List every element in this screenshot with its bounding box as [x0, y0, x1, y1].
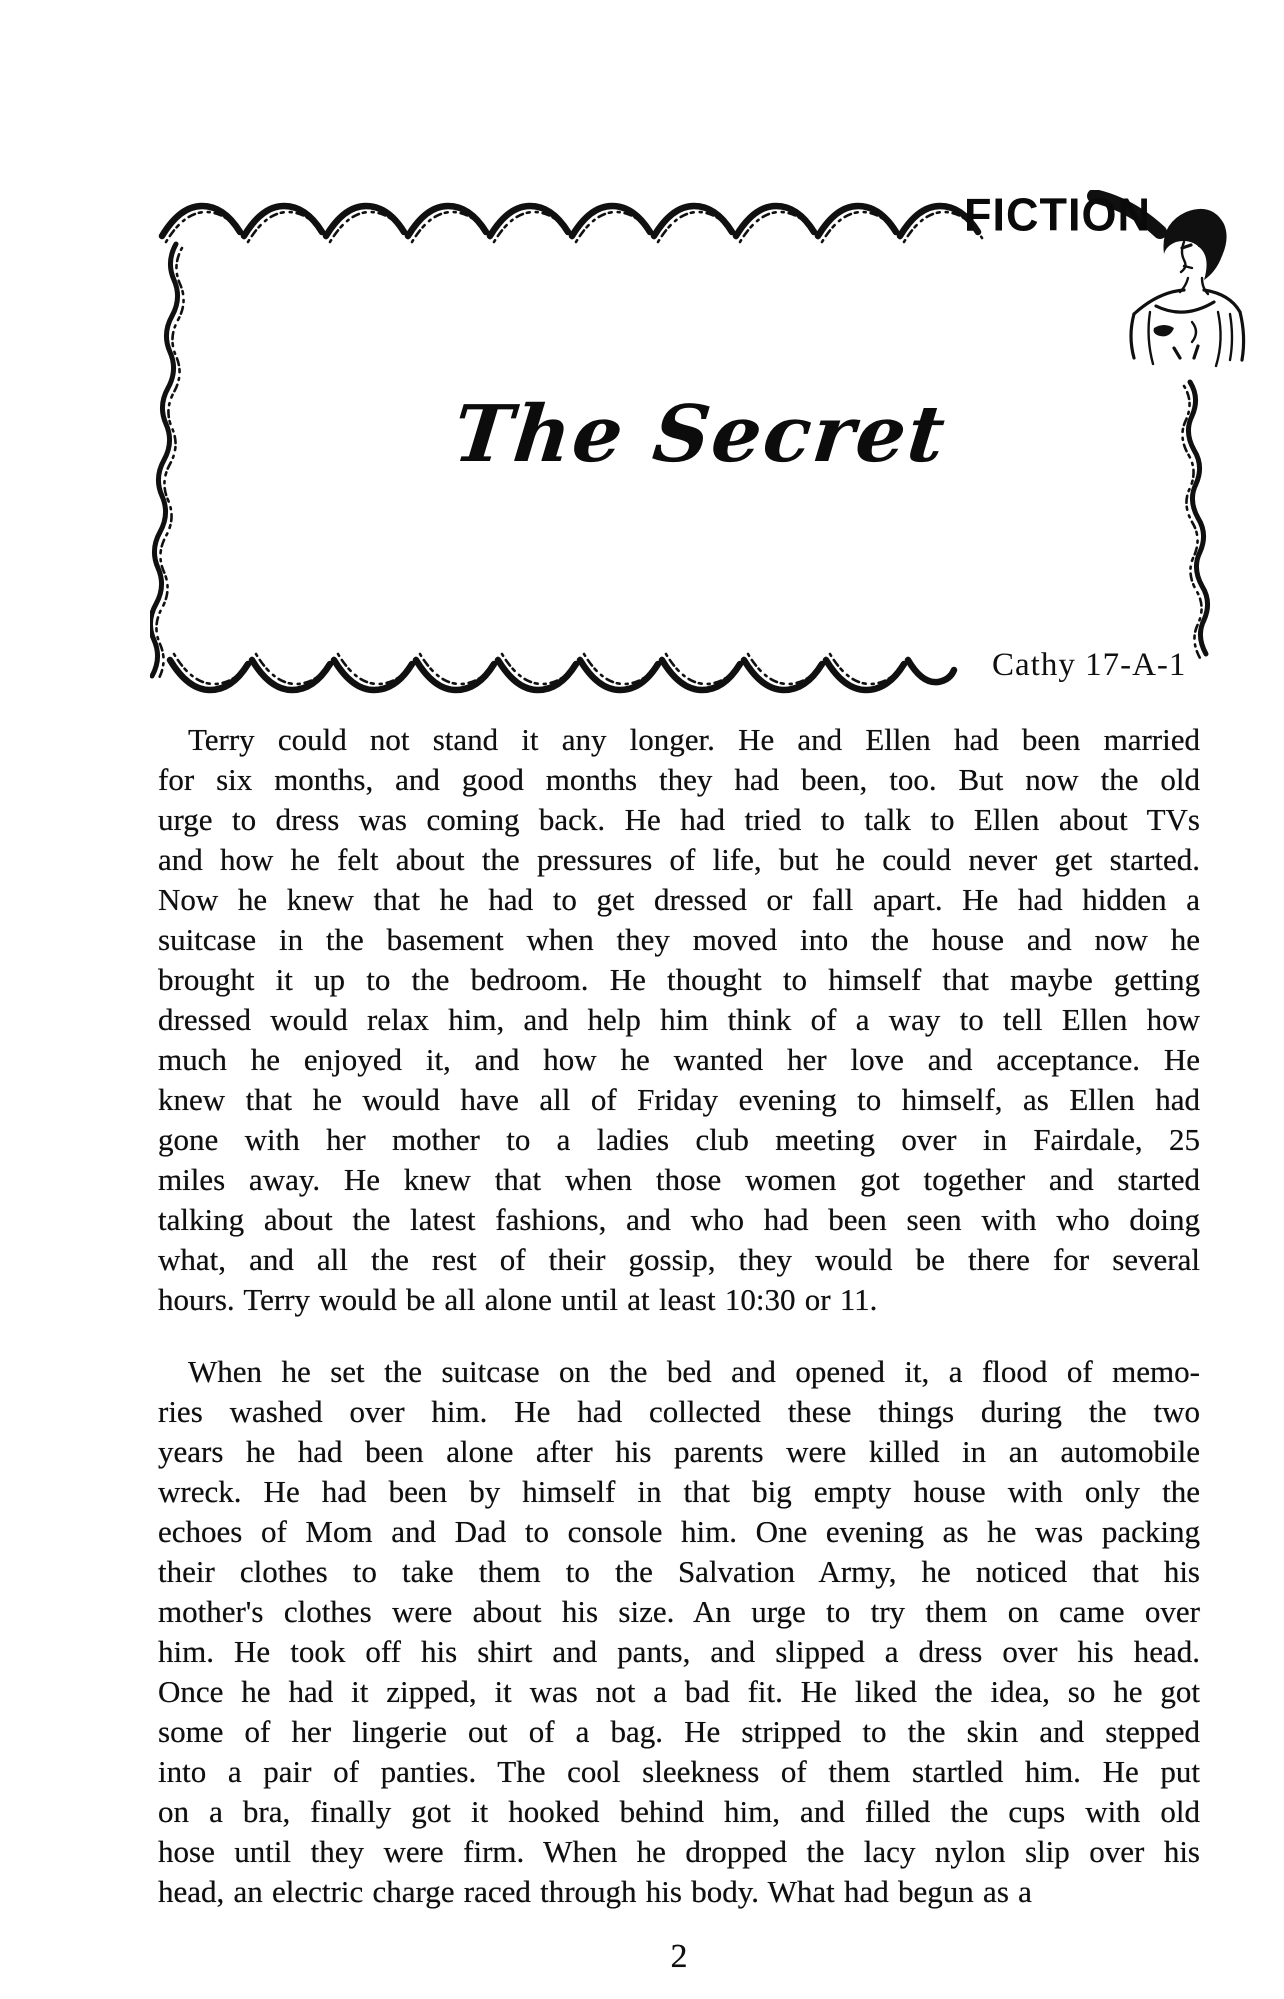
text-line: ries washed over him. He had collected t…	[158, 1392, 1200, 1432]
woman-eye-right	[1198, 243, 1203, 248]
text-line: head, an electric charge raced through h…	[158, 1872, 1200, 1912]
text-line: hours. Terry would be all alone until at…	[158, 1280, 1200, 1320]
woman-sash-mark-left	[1174, 348, 1180, 358]
text-line: him. He took off his shirt and pants, an…	[158, 1632, 1200, 1672]
text-line: knew that he would have all of Friday ev…	[158, 1080, 1200, 1120]
story-title: The Secret	[415, 392, 984, 478]
lace-border-left	[150, 244, 177, 676]
woman-body-left	[1149, 312, 1153, 364]
text-line: wreck. He had been by himself in that bi…	[158, 1472, 1200, 1512]
section-label: FICTION	[964, 192, 1151, 238]
text-line: gone with her mother to a ladies club me…	[158, 1120, 1200, 1160]
text-line: Terry could not stand it any longer. He …	[158, 720, 1200, 760]
text-line: hose until they were firm. When he dropp…	[158, 1832, 1200, 1872]
woman-bodice-shadow	[1154, 325, 1174, 336]
woman-body-right	[1216, 312, 1221, 366]
paragraph-2: When he set the suitcase on the bed and …	[158, 1352, 1200, 1912]
woman-sash-mark-right	[1194, 346, 1198, 358]
text-line: their clothes to take them to the Salvat…	[158, 1552, 1200, 1592]
text-line: echoes of Mom and Dad to console him. On…	[158, 1512, 1200, 1552]
page-number: 2	[158, 1938, 1200, 1976]
text-line: mother's clothes were about his size. An…	[158, 1592, 1200, 1632]
text-line: years he had been alone after his parent…	[158, 1432, 1200, 1472]
byline: Cathy 17-A-1	[992, 646, 1252, 686]
text-line: what, and all the rest of their gossip, …	[158, 1240, 1200, 1280]
text-line: some of her lingerie out of a bag. He st…	[158, 1712, 1200, 1752]
lace-border-top	[162, 206, 978, 236]
text-line: Once he had it zipped, it was not a bad …	[158, 1672, 1200, 1712]
lace-border-right	[1188, 382, 1207, 654]
text-line: miles away. He knew that when those wome…	[158, 1160, 1200, 1200]
text-line: Now he knew that he had to get dressed o…	[158, 880, 1200, 920]
text-line: and how he felt about the pressures of l…	[158, 840, 1200, 880]
text-line: dressed would relax him, and help him th…	[158, 1000, 1200, 1040]
text-line: talking about the latest fashions, and w…	[158, 1200, 1200, 1240]
woman-arm-right-outer	[1240, 312, 1244, 360]
text-line: When he set the suitcase on the bed and …	[158, 1352, 1200, 1392]
text-line: brought it up to the bedroom. He thought…	[158, 960, 1200, 1000]
text-line: urge to dress was coming back. He had tr…	[158, 800, 1200, 840]
paragraph-1: Terry could not stand it any longer. He …	[158, 720, 1200, 1320]
woman-hair	[1163, 209, 1226, 280]
woman-shoulder-right	[1204, 290, 1240, 312]
woman-arm-right-inner	[1230, 314, 1232, 360]
text-line: into a pair of panties. The cool sleekne…	[158, 1752, 1200, 1792]
text-line: for six months, and good months they had…	[158, 760, 1200, 800]
lace-border-bottom-texture	[174, 654, 908, 684]
woman-bust-line	[1192, 322, 1196, 342]
text-line: on a bra, finally got it hooked behind h…	[158, 1792, 1200, 1832]
woman-neckline	[1156, 302, 1214, 312]
text-line: much he enjoyed it, and how he wanted he…	[158, 1040, 1200, 1080]
woman-side-left	[1131, 314, 1134, 358]
story-body: Terry could not stand it any longer. He …	[158, 720, 1200, 1944]
text-line: suitcase in the basement when they moved…	[158, 920, 1200, 960]
scanned-magazine-page: FICTION The Secret Cathy 17-A-1 Terry co…	[0, 0, 1284, 1999]
